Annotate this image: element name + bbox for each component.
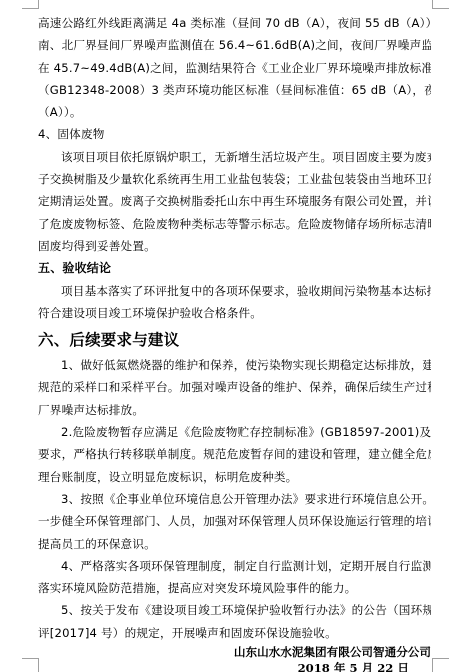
text-line: 项目基本落实了环评批复中的各项环保要求，验收期间污染物基本达标排放， <box>38 280 431 302</box>
signature-date: 2018 年 5 月 22 日 <box>38 660 431 672</box>
solid-waste-paragraph: 该项目项目依托原锅炉职工，无新增生活垃圾产生。项目固废主要为废弃离 子交换树脂及… <box>38 146 431 257</box>
text-line: 评[2017]4 号）的规定，开展噪声和固废环保设施验收。 <box>38 622 431 644</box>
text-line: 落实环境风险防范措施，提高应对突发环境风险事件的能力。 <box>38 577 431 599</box>
text-line: 5、按关于发布《建设项目竣工环境保护验收暂行办法》的公告（国环规环 <box>38 599 431 621</box>
company-signature: 山东山水水泥集团有限公司智通分公司 <box>38 644 431 660</box>
margin-corner-mark-bottom-right <box>432 658 449 672</box>
requirement-item-1: 1、做好低氮燃烧器的维护和保养，使污染物实现长期稳定达标排放，建立 规范的采样口… <box>38 354 431 421</box>
text-line: 定期清运处置。废离子交换树脂委托山东中再生环境服务有限公司处置，并设置 <box>38 190 431 212</box>
text-line: 高速公路红外线距离满足 4a 类标准（昼间 70 dB（A），夜间 55 dB（… <box>38 12 431 34</box>
text-line: 子交换树脂及少量软化系统再生用工业盐包装袋；工业盐包装袋由当地环卫部门 <box>38 168 431 190</box>
solid-waste-heading: 4、固体废物 <box>38 123 431 145</box>
margin-corner-mark-top-left <box>22 0 39 9</box>
requirement-item-2: 2.危险废物暂存应满足《危险废物贮存控制标准》(GB18597-2001)及修改… <box>38 421 431 488</box>
text-line: 提高员工的环保意识。 <box>38 533 431 555</box>
text-line: 在 45.7~49.4dB(A)之间，监测结果符合《工业企业厂界环境噪声排放标准… <box>38 57 431 79</box>
text-line: 理台账制度，设立明显危废标识，标明危废种类。 <box>38 466 431 488</box>
text-line: 了危废废物标签、危险废物种类标志等警示标志。危险废物储存场所标志清晰。 <box>38 213 431 235</box>
section-5-paragraph: 项目基本落实了环评批复中的各项环保要求，验收期间污染物基本达标排放， 符合建设项… <box>38 280 431 325</box>
text-line: （A））。 <box>38 101 431 123</box>
requirement-item-4: 4、严格落实各项环保管理制度，制定自行监测计划，定期开展自行监测。 落实环境风险… <box>38 555 431 600</box>
requirement-item-3: 3、按照《企事业单位环境信息公开管理办法》要求进行环境信息公开。进 一步健全环保… <box>38 488 431 555</box>
document-page: 高速公路红外线距离满足 4a 类标准（昼间 70 dB（A），夜间 55 dB（… <box>38 12 431 672</box>
text-line: 3、按照《企事业单位环境信息公开管理办法》要求进行环境信息公开。进 <box>38 488 431 510</box>
text-line: 符合建设项目竣工环境保护验收合格条件。 <box>38 302 431 324</box>
margin-corner-mark-top-right <box>432 0 449 9</box>
text-line: 厂界噪声达标排放。 <box>38 399 431 421</box>
text-line: （GB12348-2008）3 类声环境功能区标准（昼间标准值：65 dB（A）… <box>38 79 431 101</box>
text-line: 南、北厂界昼间厂界噪声监测值在 56.4~61.6dB(A)之间，夜间厂界噪声监… <box>38 34 431 56</box>
noise-paragraph: 高速公路红外线距离满足 4a 类标准（昼间 70 dB（A），夜间 55 dB（… <box>38 12 431 123</box>
text-line: 4、严格落实各项环保管理制度，制定自行监测计划，定期开展自行监测。 <box>38 555 431 577</box>
requirement-item-5: 5、按关于发布《建设项目竣工环境保护验收暂行办法》的公告（国环规环 评[2017… <box>38 599 431 644</box>
text-line: 要求，严格执行转移联单制度。规范危废暂存间的建设和管理，建立健全危废处 <box>38 443 431 465</box>
text-line: 固废均得到妥善处置。 <box>38 235 431 257</box>
text-line: 一步健全环保管理部门、人员，加强对环保管理人员环保设施运行管理的培训， <box>38 510 431 532</box>
section-5-heading: 五、验收结论 <box>38 257 431 279</box>
margin-corner-mark-bottom-left <box>22 658 39 672</box>
text-line: 该项目项目依托原锅炉职工，无新增生活垃圾产生。项目固废主要为废弃离 <box>38 146 431 168</box>
text-line: 2.危险废物暂存应满足《危险废物贮存控制标准》(GB18597-2001)及修改… <box>38 421 431 443</box>
text-line: 规范的采样口和采样平台。加强对噪声设备的维护、保养，确保后续生产过程中 <box>38 376 431 398</box>
section-6-heading: 六、后续要求与建议 <box>38 326 431 354</box>
text-line: 1、做好低氮燃烧器的维护和保养，使污染物实现长期稳定达标排放，建立 <box>38 354 431 376</box>
